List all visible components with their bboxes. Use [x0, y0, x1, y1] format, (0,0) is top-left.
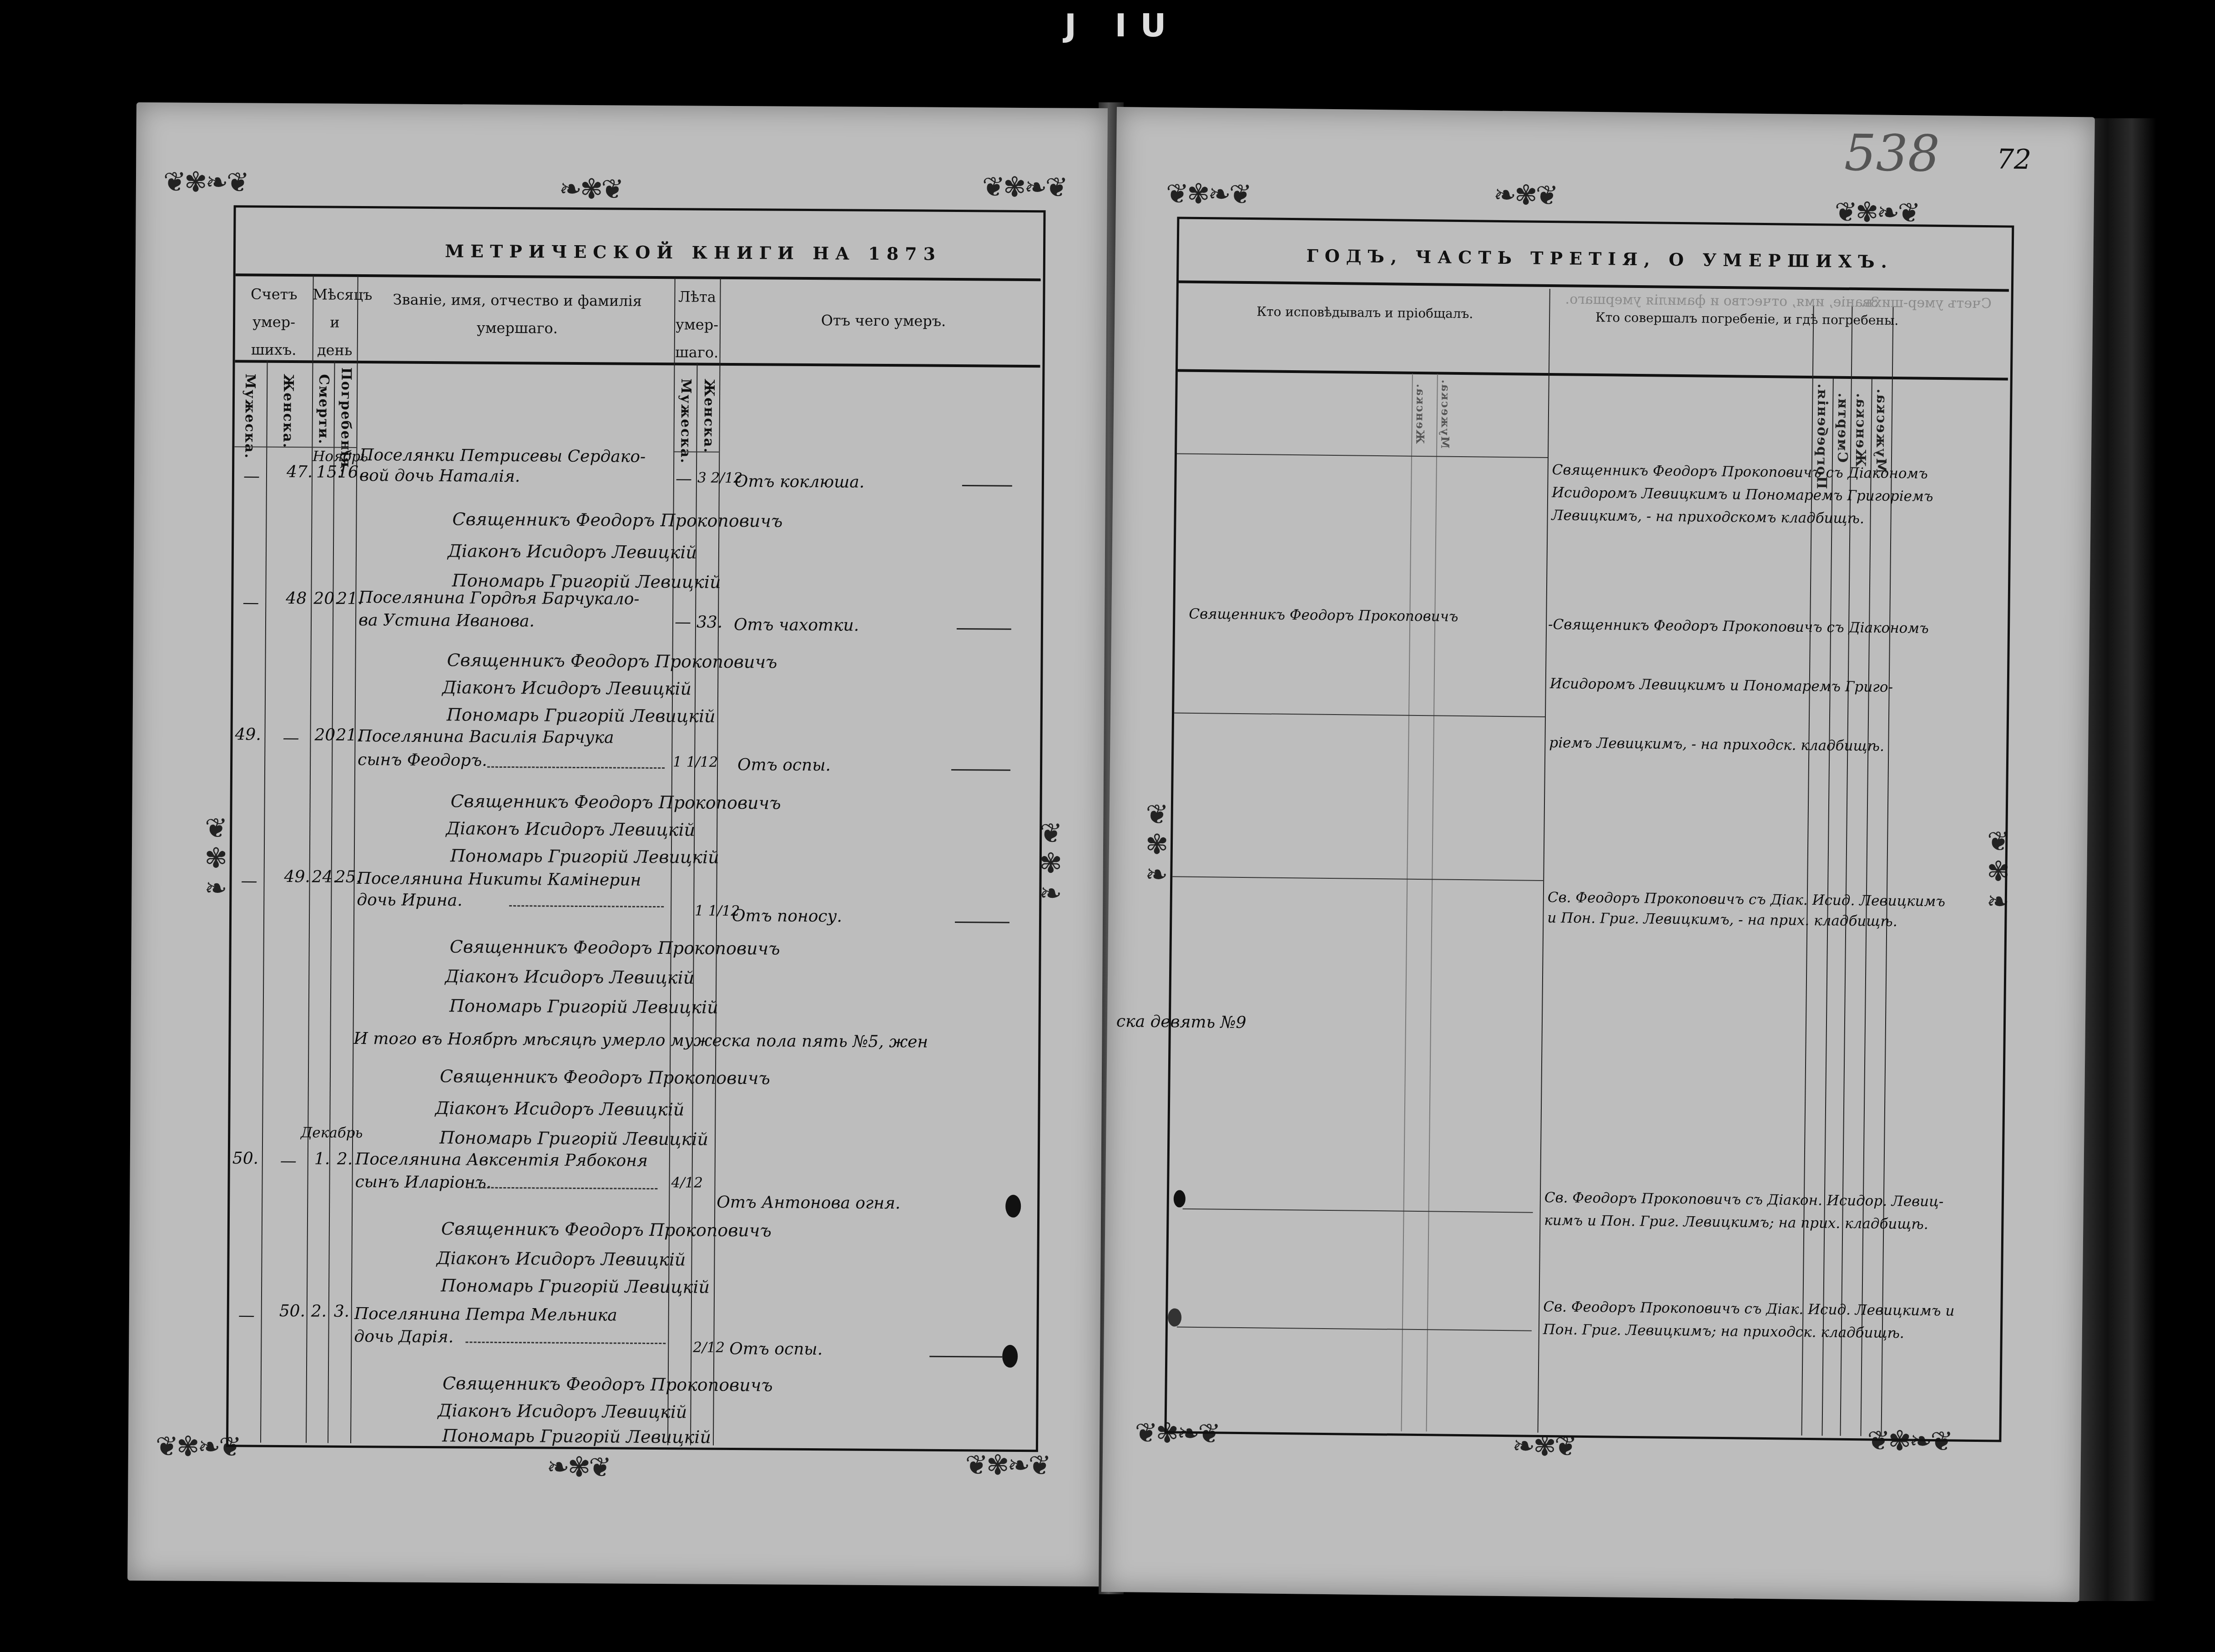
entry-cause: Отъ Антонова огня.: [716, 1193, 900, 1213]
entry-name-line2: сынъ Феодоръ.: [358, 750, 487, 770]
entry-cause: Отъ оспы.: [729, 1340, 822, 1359]
entry-male-count: 50.: [232, 1149, 259, 1168]
entry-death-day: 20.: [313, 589, 340, 608]
corner-ornament-top-left: ❦✾❧❦: [163, 166, 248, 198]
entry-male-count: 49.: [235, 725, 261, 744]
entry-cause: Отъ коклюша.: [735, 472, 865, 492]
subheader-age-female: Женска.: [701, 379, 717, 453]
corner-ornament-top-right: ❦✾❧❦: [982, 171, 1067, 203]
entry-age-female: 2/12: [693, 1340, 725, 1356]
entry-male-count: —: [241, 871, 257, 890]
ink-blot: [1005, 1195, 1021, 1218]
side-ornament-left: ❦✾❧: [1140, 799, 1173, 889]
signature-sexton: Пономарь Григорій Левицкій: [439, 1128, 708, 1149]
signature-priest: Священникъ Феодоръ Прокоповичъ: [452, 509, 782, 531]
signature-deacon: Діаконъ Исидоръ Левицкій: [448, 541, 697, 562]
mirrored-subheader-male: Мужеска.: [1873, 388, 1890, 473]
header-cause: Отъ чего умеръ.: [727, 306, 1040, 336]
scan-marker: J IU: [1065, 7, 1180, 44]
entry-death-day: 24.: [312, 867, 338, 886]
signature-priest: Священникъ Феодоръ Прокоповичъ: [450, 791, 781, 813]
month-label-december: Декабрь: [301, 1124, 363, 1141]
folio-number-pencil: 538: [1844, 124, 1940, 183]
signature-deacon: Діаконъ Исидоръ Левицкій: [442, 677, 691, 699]
bleed-through-header: Счетъ умер-шихъ.: [1861, 294, 1992, 312]
corner-ornament-bottom-right: ❦✾❧❦: [965, 1449, 1050, 1481]
top-center-ornament: ❧✾❦: [559, 173, 622, 206]
entry-name-line2: дочь Дарія.: [354, 1327, 454, 1346]
entry-name-line1: Поселянина Василія Барчука: [358, 727, 614, 747]
entry-female-count: —: [283, 729, 299, 747]
header-age: Лѣта умер-шаго.: [674, 283, 720, 366]
entry-male-count: —: [238, 1306, 255, 1325]
burial-record-line: ріемъ Левицкимъ, - на приходск. кладбищѣ…: [1549, 735, 1884, 755]
entry-name-line1: Поселянина Авксентія Рябоконя: [355, 1150, 648, 1170]
entry-female-count: —: [280, 1152, 297, 1170]
entry-male-count: —: [243, 467, 260, 485]
entry-name-line2: ва Устина Иванова.: [358, 611, 535, 630]
confessor-record: Священникъ Феодоръ Прокоповичъ: [1189, 606, 1458, 625]
folio-number-ink: 72: [1997, 143, 2032, 176]
signature-deacon: Діаконъ Исидоръ Левицкій: [445, 966, 694, 987]
ink-blot: [1002, 1345, 1018, 1368]
entry-age-female: 33.: [696, 613, 723, 632]
entry-age-male: 1 1/12: [673, 754, 718, 771]
signature-deacon: Діаконъ Исидоръ Левицкій: [446, 818, 695, 840]
entry-age-male: —: [675, 613, 691, 631]
left-page-title: МЕТРИЧЕСКОЙ КНИГИ НА 1873: [445, 241, 942, 264]
monthly-summary-continuation: ска девять №9: [1116, 1012, 1246, 1032]
faint-subheader-male: Мужеска.: [1438, 378, 1453, 448]
entry-cause: Отъ оспы.: [737, 755, 831, 775]
entry-death-day: 2.: [311, 1302, 327, 1320]
entry-female-count: 47.: [287, 463, 313, 481]
entry-cause: Отъ поносу.: [732, 907, 842, 926]
signature-sexton: Пономарь Григорій Левицкій: [449, 996, 718, 1017]
entry-name-line1: Поселянки Петрисевы Сердако-: [359, 446, 646, 466]
entry-female-count: 50.: [279, 1302, 306, 1320]
entry-age-male: 4/12: [671, 1174, 703, 1191]
entry-name-line2: дочь Ирина.: [357, 891, 462, 910]
entry-male-count: —: [242, 593, 259, 612]
signature-sexton: Пономарь Григорій Левицкій: [447, 705, 716, 726]
faint-subheader-female: Женска.: [1413, 383, 1427, 444]
signature-priest: Священникъ Феодоръ Прокоповичъ: [443, 1373, 773, 1395]
entry-cause: Отъ чахотки.: [734, 615, 859, 635]
header-month-day: Мѣсяцъ и день: [312, 281, 357, 364]
side-ornament-left: ❦✾❧: [200, 812, 232, 902]
entry-name-line1: Поселянина Петра Мельника: [354, 1304, 617, 1325]
left-page: ❦✾❧❦ ❧✾❦ ❦✾❧❦ ❦✾❧ ❦✾❧ ❦✾❧❦ ❧✾❦ ❦✾❧❦ МЕТР…: [127, 102, 1108, 1587]
right-page: ❦✾❧❦ ❧✾❦ ❦✾❧❦ ❦✾❧ ❦✾❧ ❦✾❧❦ ❧✾❦ ❦✾❧❦ 538 …: [1101, 107, 2095, 1602]
mirrored-subheader-death: Смерти.: [1834, 392, 1851, 463]
entry-death-day: 1.: [314, 1149, 330, 1168]
signature-priest: Священникъ Феодоръ Прокоповичъ: [447, 650, 777, 672]
header-confessor: Кто исповѣдывалъ и пріобщалъ.: [1206, 299, 1524, 327]
subheader-death: Смерти.: [315, 374, 332, 445]
signature-sexton: Пономарь Григорій Левицкій: [442, 1425, 711, 1447]
header-name: Званіе, имя, отчество и фамилія умершаго…: [372, 286, 663, 343]
burial-record-line: Левицкимъ, - на приходскомъ кладбищѣ.: [1551, 507, 1864, 527]
entry-name-line1: Поселянина Никиты Камінерин: [357, 869, 641, 890]
subheader-count-female: Женска.: [280, 374, 296, 448]
entry-name-line2: сынъ Иларіонъ.: [355, 1173, 491, 1192]
signature-deacon: Діаконъ Исидоръ Левицкій: [435, 1098, 684, 1119]
signature-priest: Священникъ Феодоръ Прокоповичъ: [441, 1219, 772, 1240]
entry-female-count: 48: [286, 589, 307, 608]
bleed-through-header: Званіе, имя, отчество и фамилія умершаго…: [1565, 291, 1879, 310]
entry-female-count: 49.: [284, 867, 310, 886]
monthly-summary: И того въ Ноябрѣ мѣсяцѣ умерло мужеска п…: [353, 1029, 928, 1052]
entry-burial-day: 2.: [337, 1150, 353, 1168]
corner-ornament-top-left: ❦✾❧❦: [1166, 178, 1251, 211]
signature-deacon: Діаконъ Исидоръ Левицкій: [436, 1248, 686, 1269]
bottom-center-ornament: ❧✾❦: [546, 1451, 610, 1484]
mirrored-subheader-female: Женска.: [1852, 392, 1869, 467]
signature-deacon: Діаконъ Исидоръ Левицкій: [438, 1400, 687, 1422]
header-count: Счетъ умер-шихъ.: [235, 280, 313, 363]
entry-name-line1: Поселянина Гордѣя Барчукало-: [358, 588, 639, 609]
entry-age-male: —: [676, 469, 692, 488]
top-center-ornament: ❧✾❦: [1493, 179, 1557, 212]
entry-burial-day: 3.: [334, 1302, 350, 1321]
signature-sexton: Пономарь Григорій Левицкій: [450, 846, 719, 867]
signature-priest: Священникъ Феодоръ Прокоповичъ: [450, 937, 780, 958]
entry-death-day: 20: [314, 725, 335, 744]
entry-name-line2: вой дочь Наталія.: [359, 466, 520, 486]
signature-sexton: Пономарь Григорій Левицкій: [441, 1275, 710, 1297]
signature-priest: Священникъ Феодоръ Прокоповичъ: [440, 1066, 770, 1088]
